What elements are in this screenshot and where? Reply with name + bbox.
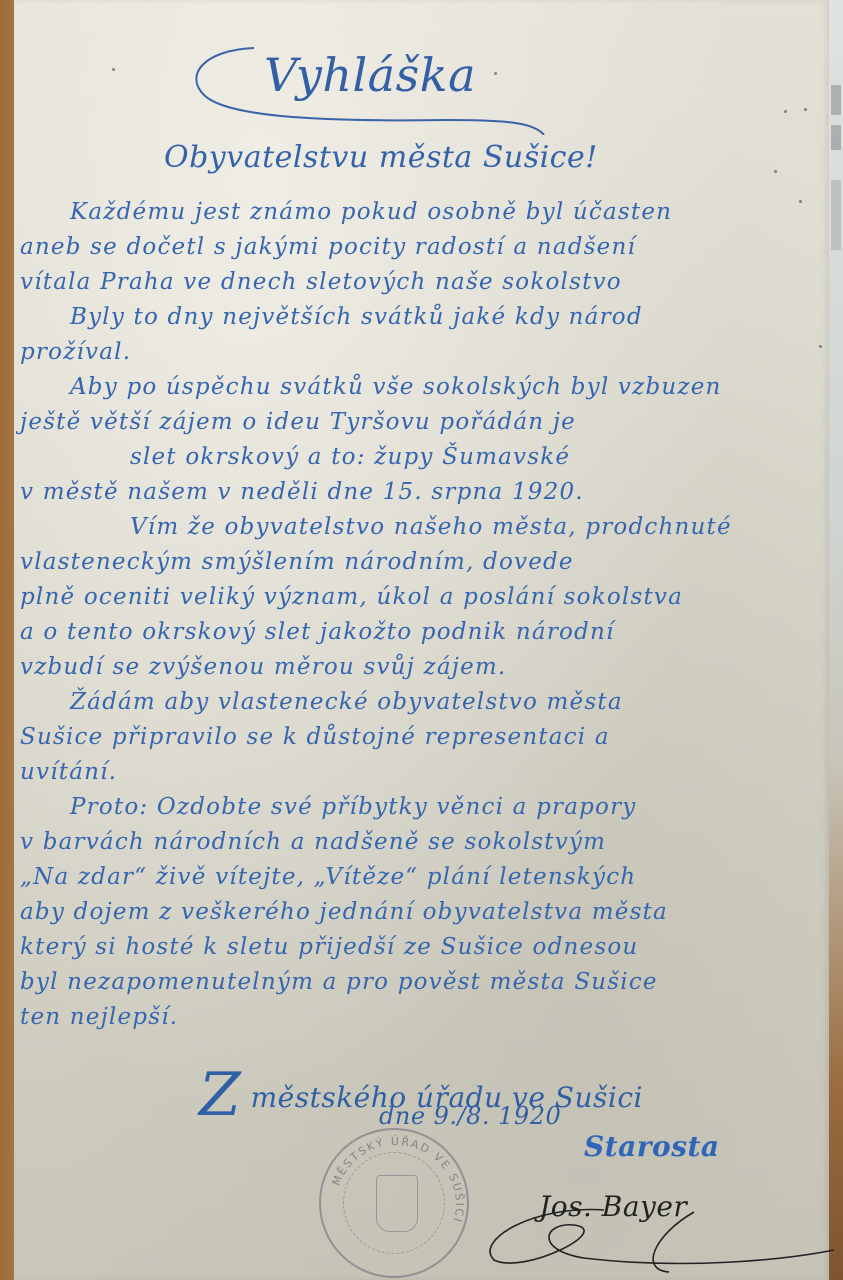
title-block: Vyhláška [184, 40, 564, 130]
text-line: vzbudí se zvýšenou měrou svůj zájem. [20, 650, 830, 685]
salutation: Obyvatelstvu města Sušice! [164, 140, 598, 175]
text-line: plně oceniti veliký význam, úkol a poslá… [20, 580, 830, 615]
text-line: v barvách národních a nadšeně se sokolst… [20, 825, 830, 860]
signatory-role: Starosta [584, 1130, 720, 1163]
text-line: vlasteneckým smýšlením národním, dovede [20, 545, 830, 580]
document-title: Vyhláška [264, 48, 476, 102]
text-line: slet okrskový a to: župy Šumavské [20, 440, 830, 475]
body-text: Každému jest známo pokud osobně byl účas… [20, 195, 830, 1035]
text-line: Vím že obyvatelstvo našeho města, prodch… [20, 510, 830, 545]
text-line: Proto: Ozdobte své příbytky věnci a prap… [20, 790, 830, 825]
text-line: v městě našem v neděli dne 15. srpna 192… [20, 475, 830, 510]
signature: Jos. Bayer [539, 1190, 687, 1223]
svg-text:MĚSTSKÝ ÚŘAD VE SUŠICI: MĚSTSKÝ ÚŘAD VE SUŠICI [330, 1135, 467, 1225]
background-newspaper-edge [829, 0, 843, 1280]
text-line: prožíval. [20, 335, 830, 370]
text-line: aneb se dočetl s jakými pocity radostí a… [20, 230, 830, 265]
text-line: vítala Praha ve dnech sletových naše sok… [20, 265, 830, 300]
text-line: Každému jest známo pokud osobně byl účas… [20, 195, 830, 230]
document-photo: Vyhláška Obyvatelstvu města Sušice! Každ… [0, 0, 843, 1280]
text-line: aby dojem z veškerého jednání obyvatelst… [20, 895, 830, 930]
text-line: a o tento okrskový slet jakožto podnik n… [20, 615, 830, 650]
text-line: ještě větší zájem o ideu Tyršovu pořádán… [20, 405, 830, 440]
text-line: „Na zdar“ živě vítejte, „Vítěze“ plání l… [20, 860, 830, 895]
stamp-ring-text: MĚSTSKÝ ÚŘAD VE SUŠICI [321, 1130, 471, 1280]
text-line: uvítání. [20, 755, 830, 790]
text-line: byl nezapomenutelným a pro pověst města … [20, 965, 830, 1000]
handwritten-proclamation: Vyhláška Obyvatelstvu města Sušice! Každ… [14, 0, 829, 1280]
text-line: Žádám aby vlastenecké obyvatelstvo města [20, 685, 830, 720]
text-line: který si hosté k sletu přijedší ze Sušic… [20, 930, 830, 965]
issue-date: dne 9./8. 1920 [379, 1102, 561, 1130]
text-line: Byly to dny největších svátků jaké kdy n… [20, 300, 830, 335]
text-line: Sušice připravilo se k důstojné represen… [20, 720, 830, 755]
text-line: Aby po úspěchu svátků vše sokolských byl… [20, 370, 830, 405]
text-line: ten nejlepší. [20, 1000, 830, 1035]
official-stamp: MĚSTSKÝ ÚŘAD VE SUŠICI [319, 1128, 469, 1278]
